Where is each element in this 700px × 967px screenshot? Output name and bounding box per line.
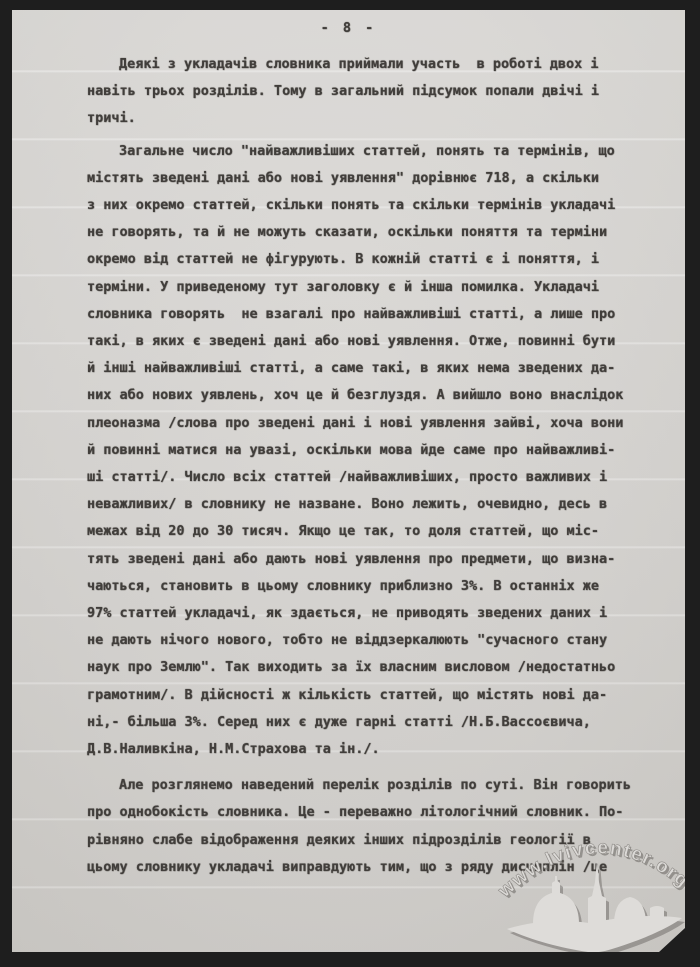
text-line: й повинні матися на увазі, оскільки мова… bbox=[87, 437, 639, 464]
document-page: - 8 - Деякі з укладачів словника приймал… bbox=[12, 10, 685, 952]
text-block: Деякі з укладачів словника приймали учас… bbox=[87, 51, 639, 881]
text-line: грамотним/. В дійсності ж кількість стат… bbox=[87, 682, 639, 709]
text-line: й інші найважливіші статті, а саме такі,… bbox=[87, 355, 639, 382]
text-line: не дають нічого нового, тобто не віддзер… bbox=[87, 627, 639, 654]
scanned-document-photo: - 8 - Деякі з укладачів словника приймал… bbox=[0, 0, 700, 967]
text-line: Д.В.Наливкіна, Н.М.Страхова та ін./. bbox=[87, 736, 639, 763]
text-line: такі, в яких є зведені дані або нові уяв… bbox=[87, 328, 639, 355]
text-line: тять зведені дані або дають нові уявленн… bbox=[87, 546, 639, 573]
text-line: окремо від статтей не фігурують. В кожні… bbox=[87, 246, 639, 273]
text-line: навіть трьох розділів. Тому в загальний … bbox=[87, 78, 639, 105]
paragraph-1: Деякі з укладачів словника приймали учас… bbox=[87, 51, 639, 133]
text-line: ні,- більша 3%. Серед них є дуже гарні с… bbox=[87, 709, 639, 736]
text-line: них або нових уявлень, хоч це й безглузд… bbox=[87, 382, 639, 409]
text-line: ші статті/. Число всіх статтей /найважли… bbox=[87, 464, 639, 491]
text-line: межах від 20 до 30 тисяч. Якщо це так, т… bbox=[87, 518, 639, 545]
paragraph-2: Загальне число "найважливіших статтей, п… bbox=[87, 138, 639, 764]
text-line: наук про Землю". Так виходить за їх влас… bbox=[87, 654, 639, 681]
text-line: чаються, становить в цьому словнику приб… bbox=[87, 573, 639, 600]
lvivcenter-watermark: www.lvivcenter.org www.lvivcenter.org bbox=[477, 810, 700, 965]
text-line: неважливих/ в словнику не назване. Воно … bbox=[87, 491, 639, 518]
text-line: Але розглянемо наведений перелік розділі… bbox=[87, 772, 639, 799]
text-line: з них окремо статтей, скільки понять та … bbox=[87, 192, 639, 219]
page-number: - 8 - bbox=[12, 15, 685, 42]
text-line: терміни. У приведеному тут заголовку є й… bbox=[87, 274, 639, 301]
text-line: 97% статтей укладачі, як здається, не пр… bbox=[87, 600, 639, 627]
text-line: Деякі з укладачів словника приймали учас… bbox=[87, 51, 639, 78]
text-line: плеоназма /слова про зведені дані і нові… bbox=[87, 410, 639, 437]
text-line: містять зведені дані або нові уявлення" … bbox=[87, 165, 639, 192]
text-line: Загальне число "найважливіших статтей, п… bbox=[87, 138, 639, 165]
text-line: не говорять, та й не можуть сказати, оск… bbox=[87, 219, 639, 246]
text-line: словника говорять не взагалі про найважл… bbox=[87, 301, 639, 328]
text-line: тричі. bbox=[87, 105, 639, 132]
